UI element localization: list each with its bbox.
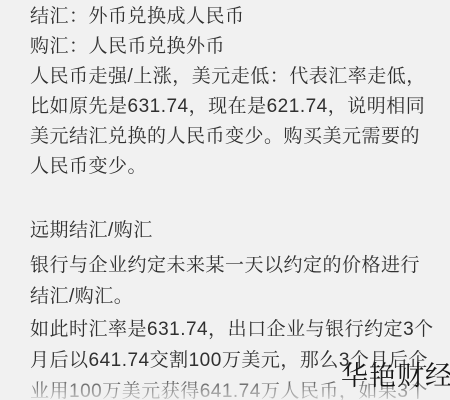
paragraph-spot-explanation: 人民币走强/上涨，美元走低：代表汇率走低， 比如原先是631.74，现在是621… bbox=[30, 62, 450, 182]
article-body: 结汇：外币兑换成人民币 购汇：人民币兑换外币 人民币走强/上涨，美元走低：代表汇… bbox=[0, 0, 450, 400]
page: 结汇：外币兑换成人民币 购汇：人民币兑换外币 人民币走强/上涨，美元走低：代表汇… bbox=[0, 0, 450, 400]
paragraph-definitions: 结汇：外币兑换成人民币 购汇：人民币兑换外币 bbox=[30, 2, 450, 62]
text-line-definition-jiehui: 结汇：外币兑换成人民币 bbox=[30, 2, 450, 32]
text-line: 人民币变少。 bbox=[30, 152, 450, 182]
text-line: 美元结汇兑换的人民币变少。购买美元需要的 bbox=[30, 122, 450, 152]
text-line: 人民币走强/上涨，美元走低：代表汇率走低， bbox=[30, 62, 450, 92]
section-heading-forward-fx: 远期结汇/购汇 bbox=[30, 216, 450, 246]
text-line: 如此时汇率是631.74，出口企业与银行约定3个 bbox=[30, 314, 450, 345]
text-line: 比如原先是631.74，现在是621.74，说明相同 bbox=[30, 92, 450, 122]
paragraph-forward-intro: 银行与企业约定未来某一天以约定的价格进行 结汇/购汇。 bbox=[30, 250, 450, 312]
watermark: 华艳财经 bbox=[341, 354, 450, 393]
text-line: 结汇/购汇。 bbox=[30, 281, 450, 312]
text-line-definition-gouhui: 购汇：人民币兑换外币 bbox=[30, 32, 450, 62]
text-line: 银行与企业约定未来某一天以约定的价格进行 bbox=[30, 250, 450, 281]
